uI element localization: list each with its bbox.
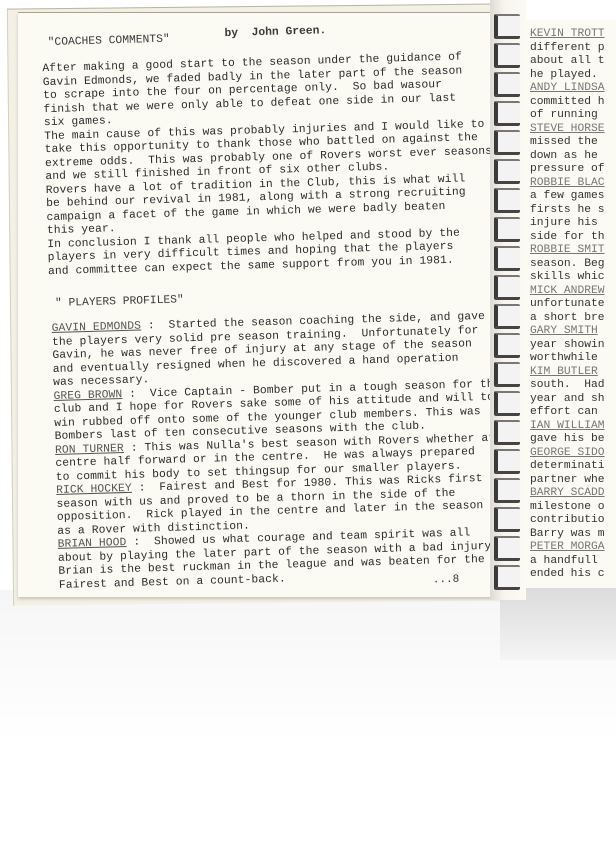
spiral-ring <box>494 14 520 39</box>
player-name: STEVE HORSE <box>530 123 605 137</box>
text-line: milestone o <box>530 501 605 515</box>
player-name: MICK ANDREW <box>530 285 605 299</box>
text-line: year and sh <box>530 393 605 407</box>
spiral-ring <box>494 304 520 329</box>
spiral-ring <box>494 217 520 242</box>
right-page-fragment: KEVIN TROTTdifferent pabout all the play… <box>526 20 616 588</box>
text-line: south. Had <box>530 379 605 393</box>
player-name: PETER MORGA <box>530 541 605 555</box>
players-profiles-body: GAVIN EDMONDS : Started the season coach… <box>52 311 507 593</box>
spiral-ring <box>494 478 520 503</box>
spiral-ring <box>494 333 520 358</box>
text-line: ended his c <box>530 568 605 582</box>
player-name: ROBBIE BLAC <box>530 177 605 191</box>
text-line: a short bre <box>530 312 605 326</box>
text-line: skills whic <box>530 271 605 285</box>
spiral-ring <box>494 449 520 474</box>
text-line: unfortunate <box>530 298 605 312</box>
text-line: down as he <box>530 150 605 164</box>
text-line: year showin <box>530 339 605 353</box>
text-line: season. Beg <box>530 258 605 272</box>
spiral-ring <box>494 565 520 590</box>
section-title-coaches-comments: "COACHES COMMENTS" <box>48 34 170 49</box>
spiral-ring <box>494 420 520 445</box>
text-line: firsts he s <box>530 204 605 218</box>
section-title-players-profiles: " PLAYERS PROFILES" <box>55 294 184 310</box>
spiral-ring <box>494 188 520 213</box>
byline: by John Green. <box>224 25 326 40</box>
text-line: side for th <box>530 231 605 245</box>
spiral-ring <box>494 536 520 561</box>
text-line: worthwhile <box>530 352 605 366</box>
player-name: IAN WILLIAM <box>530 420 605 434</box>
text-line: injure his <box>530 217 605 231</box>
coaches-comments-body: After making a good start to the season … <box>42 51 495 279</box>
player-name: BARRY SCADD <box>530 487 605 501</box>
player-name: ANDY LINDSA <box>530 82 605 96</box>
player-name: GREG BROWN <box>53 389 122 403</box>
text-line: of running <box>530 109 605 123</box>
text-line: committed h <box>530 96 605 110</box>
text-line: a handfull <box>530 555 605 569</box>
text-line: missed the <box>530 136 605 150</box>
text-line: he played. <box>530 69 605 83</box>
player-name: GAVIN EDMONDS <box>52 321 142 335</box>
player-name: RON TURNER <box>55 443 124 457</box>
spiral-ring <box>494 159 520 184</box>
spiral-ring <box>494 275 520 300</box>
text-line: a few games <box>530 190 605 204</box>
right-page-text: KEVIN TROTTdifferent pabout all the play… <box>526 28 605 582</box>
spiral-ring <box>494 507 520 532</box>
player-name: BRIAN HOOD <box>58 537 127 551</box>
text-line: contributio <box>530 514 605 528</box>
spiral-ring <box>494 43 520 68</box>
left-page: "COACHES COMMENTS" by John Green. After … <box>18 12 508 597</box>
player-name: RICK HOCKEY <box>56 483 132 497</box>
left-page-content: "COACHES COMMENTS" by John Green. After … <box>17 0 523 597</box>
player-name: KEVIN TROTT <box>530 28 605 42</box>
text-line: different p <box>530 42 605 56</box>
player-name: GEORGE SIDO <box>530 447 605 461</box>
text-line: pressure of <box>530 163 605 177</box>
player-name: KIM BUTLER <box>530 366 605 380</box>
spiral-ring <box>494 72 520 97</box>
page-continuation-marker: ...8 <box>433 574 460 587</box>
text-line: Barry was m <box>530 528 605 542</box>
text-line: about all t <box>530 55 605 69</box>
player-name: ROBBIE SMIT <box>530 244 605 258</box>
text-line: determinati <box>530 460 605 474</box>
spiral-ring <box>494 101 520 126</box>
spiral-ring <box>494 130 520 155</box>
text-line: partner whe <box>530 474 605 488</box>
text-line: effort can <box>530 406 605 420</box>
spiral-ring <box>494 391 520 416</box>
spiral-binding <box>490 0 526 600</box>
player-name: GARY SMITH <box>530 325 605 339</box>
text-line: gave his be <box>530 433 605 447</box>
spiral-ring <box>494 362 520 387</box>
spiral-ring <box>494 246 520 271</box>
